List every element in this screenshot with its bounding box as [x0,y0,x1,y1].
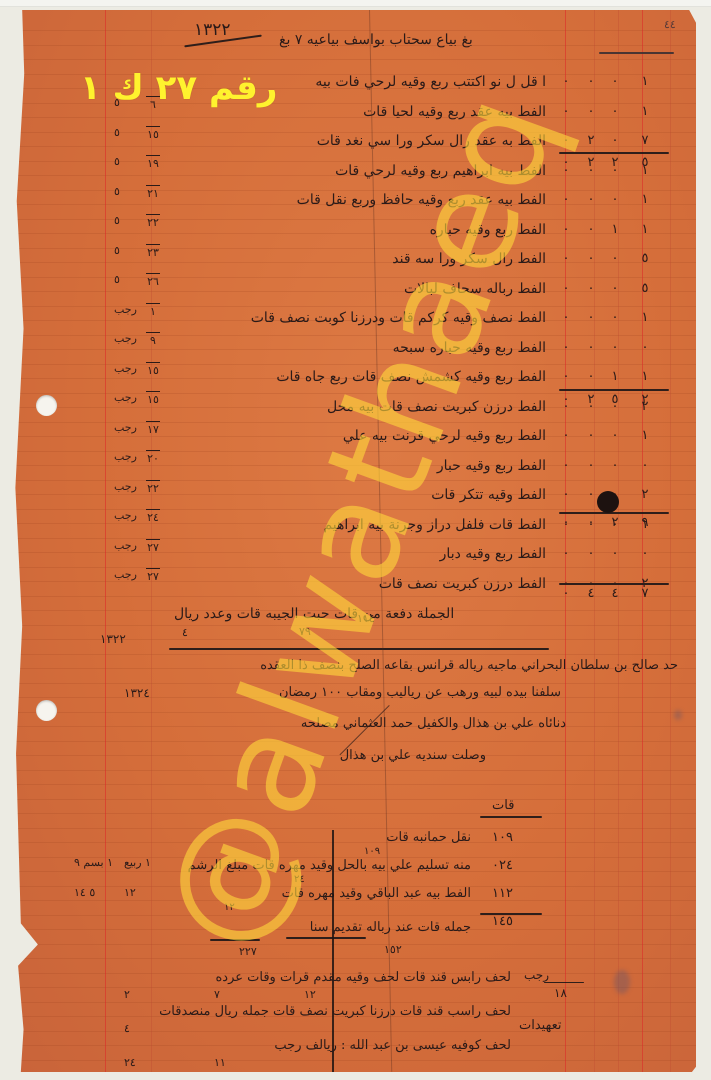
ledger-entry-amount: ٠ [580,222,602,237]
account-total-line-rule [286,937,366,939]
margin-date-day: ٢٧ [146,539,160,554]
account-row-note: ١٢ [224,902,235,913]
footer-line: لحف راسب قند قات درزنا كبريت نصف قات جمل… [159,1004,511,1019]
ledger-entry-amount: ٠ [604,428,626,443]
subtotal-rule [559,583,669,585]
margin-date-day: ٢٠ [146,450,160,465]
summary-value-3: ٤ [182,626,188,639]
ledger-entry-amount: ٠ [555,281,577,296]
footer-note-value: ٢ [124,988,130,1001]
margin-date-month: رجب [114,421,137,434]
margin-date-day: ٢٢ [146,480,160,495]
ledger-entry-amount: ٠ [580,251,602,266]
summary-rule [169,648,549,650]
ledger-page: ٤٤ بغ بياع سحتاب بواسف بياعيه ٧ بغ ١٣٢٢ … [14,10,696,1072]
ledger-entry-amount: ١ [634,74,656,89]
ledger-entry-text: الفط به عقد رال سكر ورا سي نغد قات [317,133,546,149]
margin-date-month: رجب [114,362,137,375]
ledger-entry-amount: ٠ [634,546,656,561]
account-row-note: ٢٤ [294,874,305,885]
footer-margin-month: رجب [524,968,549,982]
footer-margin-note: تعهيدات [519,1018,561,1033]
ledger-entry-text: الفط وقيه تتكر قات [431,487,546,503]
ledger-entry-amount: ٠ [604,104,626,119]
subtotal-value: ٠ [580,515,602,530]
ledger-entry-amount: ٠ [555,546,577,561]
margin-date-day: ٢٦ [146,273,160,288]
subtotal-value: ٥ [634,155,656,170]
ledger-entry-text: الفط ربع وقيه حبار [437,458,546,474]
ledger-entry-text: الفط ربع وقيه حباره [430,222,546,238]
summary-value-2: ١١٤ [357,612,375,625]
subtotal-rule [559,389,669,391]
margin-date-month: رجب [114,391,137,404]
margin-date-month: رجب [114,450,137,463]
subtotal-value: ٠ [555,586,577,601]
ledger-entry-amount: ١ [604,222,626,237]
header-title: بغ بياع سحتاب بواسف بياعيه ٧ بغ [279,32,473,48]
margin-date-day: ١٧ [146,421,160,436]
account-total: ١٤٥ [492,914,513,929]
margin-date-day: ١٩ [146,155,160,170]
footer-margin-rule [544,982,584,983]
ledger-entry-amount: ٠ [634,458,656,473]
subtotal-value: ٤ [604,586,626,601]
subtotal-value: ٢ [604,155,626,170]
subtotal-value: ٥ [604,392,626,407]
subtotal-value: ٧ [634,586,656,601]
memo-line-3: دنائاه علي بن هذال والكفيل حمد العثماني … [301,716,566,731]
ledger-entry-amount: ٧ [634,133,656,148]
memo-line-2: سلفنا بيده لبيه ورهب عن رياليب ومقاب ١٠٠… [279,685,561,700]
margin-date-month: ٥ [114,273,120,286]
margin-date-month: رجب [114,509,137,522]
memo-line-4: وصلت سنديه علي بن هذال [340,748,486,763]
subtotal-value: ٢ [634,392,656,407]
ledger-entry-text: الفط درزن كبريت نصف قات بيه محل [327,399,546,415]
ledger-entry-text: الفط رال سكر ورا سه قند [392,251,546,267]
ledger-entry-amount: ٠ [555,104,577,119]
account-column-header: قات [492,798,514,813]
ledger-entry-text: الفط بيه عقد ربع وقيه حافظ وربع نقل قات [297,192,546,208]
ledger-entry-amount: ٠ [580,192,602,207]
account-total-value-2: ٢٢٧ [239,945,257,958]
account-left-note: ١٢ [124,886,136,899]
ledger-entry-amount: ٠ [555,310,577,325]
ledger-entry-amount: ٠ [555,458,577,473]
ledger-entry-amount: ٠ [580,310,602,325]
ledger-entry-amount: ٥ [634,281,656,296]
account-row-value: ١١٢ [492,886,513,901]
margin-date-day: ١٥ [146,391,160,406]
photo-background-strip [0,0,711,7]
margin-rule-left [105,10,106,1072]
ledger-entry-amount: ١ [634,310,656,325]
margin-date-month: ٥ [114,126,120,139]
ledger-entry-text: الفط قات فلفل دراز وجرنة بيه ابراهيم [323,517,546,533]
ledger-entry-amount: ٠ [604,133,626,148]
ledger-entry-amount: ٠ [580,104,602,119]
footer-note-value: ٧ [214,988,220,1001]
ledger-entry-amount: ٠ [604,546,626,561]
account-row-text: منه تسليم علي بيه بالحل وقيد مهره قات مب… [188,858,471,873]
margin-date-day: ٢٤ [146,509,160,524]
subtotal-value: ٤ [580,586,602,601]
account-left-note: ١ بسم ٩ [74,856,113,869]
ledger-entry-amount: ٠ [555,251,577,266]
margin-date-day: ٢٢ [146,214,160,229]
account-total-value-1: ١٥٢ [384,943,402,956]
ledger-entry-amount: ١ [634,192,656,207]
memo-year-1: ١٣٢٢ [100,632,126,646]
ledger-entry-amount: ١ [634,369,656,384]
account-total-line-rule-2 [210,939,260,941]
ledger-entry-amount: ٠ [555,74,577,89]
margin-date-month: رجب [114,332,137,345]
subtotal-value: ٠ [555,515,577,530]
ledger-entry-amount: ٢ [580,133,602,148]
margin-date-day: ٢٧ [146,568,160,583]
ledger-entry-amount: ١ [634,428,656,443]
ledger-entry-amount: ٠ [580,74,602,89]
summary-value-1: ٧٩ [299,625,311,638]
account-left-note: ١ ربيع [124,856,151,869]
ledger-entry-text: الفط ربع وقيه لرحي قرنت بيه علي [343,428,546,444]
margin-date-month: رجب [114,539,137,552]
margin-date-month: ٥ [114,244,120,257]
page-number: ٤٤ [664,18,676,31]
account-row-note: ١٠٩ [364,846,380,857]
ledger-entry-amount: ٠ [604,340,626,355]
margin-date-month: ٥ [114,185,120,198]
ledger-entry-amount: ٠ [555,133,577,148]
ledger-entry-amount: ٠ [604,74,626,89]
margin-date-month: رجب [114,303,137,316]
ledger-entry-amount: ٠ [604,310,626,325]
ledger-entry-amount: ٢ [634,487,656,502]
ledger-entry-text: الفط درزن كبريت نصف قات [379,576,546,592]
ink-blot [597,491,619,513]
subtotal-value: ٠ [555,155,577,170]
reference-label: رقم ٢٧ ك ١ [80,68,277,108]
ledger-entry-text: الفط بيه ابراهيم ربع وقيه لرحي قات [335,163,546,179]
stain [674,710,682,720]
footer-line: لحف كوفيه عيسى بن عبد الله : ريالف رجب [274,1038,511,1053]
header-underline [599,52,674,54]
ledger-entry-amount: ٠ [604,281,626,296]
stain [614,970,630,994]
summary-line: الجملة دفعة من قات حبت الجيبه قات وعدد ر… [174,606,454,622]
ledger-entry-amount: ١ [634,104,656,119]
margin-date-day: ١٥ [146,362,160,377]
header-year: ١٣٢٢ [194,20,231,40]
margin-date-day: ٢١ [146,185,160,200]
ledger-entry-amount: ٠ [580,340,602,355]
ledger-entry-amount: ٠ [555,222,577,237]
ledger-entry-text: ا قل ل نو اكتتب ربع وقيه لرحي فات بيه [315,74,546,90]
ledger-entry-amount: ٥ [634,251,656,266]
subtotal-value: ٢ [580,392,602,407]
ledger-entry-amount: ٠ [580,281,602,296]
subtotal-rule [559,512,669,514]
subtotal-value: ٢ [604,515,626,530]
margin-date-day: ٢٣ [146,244,160,259]
ledger-entry-amount: ٠ [580,458,602,473]
ledger-entry-amount: ٠ [604,458,626,473]
ledger-entry-amount: ٠ [580,428,602,443]
punch-hole-top [36,395,57,416]
amount-column-rule-5 [670,10,671,1072]
punch-hole-bottom [36,700,57,721]
subtotal-value: ٢ [580,155,602,170]
footer-note-value: ٤ [124,1022,130,1035]
ledger-entry-amount: ٠ [555,340,577,355]
subtotal-rule [559,152,669,154]
footer-line: لحف رابس قند قات لحف وقيه مقدم قرات وقات… [215,970,511,985]
account-row-text: نقل حمانبه قات [386,830,471,845]
account-header-underline [480,816,542,818]
ledger-entry-amount: ١ [604,369,626,384]
ledger-entry-amount: ١ [634,222,656,237]
account-total-line: جمله قات عند رباله تقديم سنا [310,920,471,935]
ledger-entry-text: الفط ربع وقيه حباره سبحه [393,340,546,356]
margin-date-day: ١ [146,303,160,318]
ledger-entry-amount: ٠ [555,487,577,502]
margin-date-month: ٥ [114,214,120,227]
ledger-entry-amount: ٠ [555,369,577,384]
footer-margin-value: ١٨ [554,986,567,1000]
ledger-entry-amount: ٠ [634,340,656,355]
margin-date-month: ٥ [114,155,120,168]
ledger-entry-amount: ٠ [604,192,626,207]
ledger-entry-text: الفط نصف وقيه كركم قات ودرزنا كوبت نصف ق… [251,310,546,326]
ledger-entry-amount: ٠ [555,428,577,443]
ledger-entry-text: الفط ربع وقيه دبار [440,546,546,562]
margin-date-day: ٩ [146,332,160,347]
subtotal-value: ٩ [634,515,656,530]
ledger-entry-amount: ٠ [580,369,602,384]
footer-note-value: ١٢ [304,988,316,1001]
account-row-text: الفط بيه عبد الباقي وقيد مهره قات [282,886,471,901]
ledger-entry-text: الفط ربع وقيه كشمش نصف قات ربع جاه قات [276,369,546,385]
margin-date-month: رجب [114,568,137,581]
subtotal-value: ٠ [555,392,577,407]
memo-year-2: ١٣٢٤ [124,686,150,700]
ledger-entry-amount: ٠ [580,546,602,561]
footer-note-value: ٢٤ [124,1056,136,1069]
ledger-entry-amount: ٠ [555,192,577,207]
ledger-entry-amount: ٠ [604,251,626,266]
margin-date-month: رجب [114,480,137,493]
margin-date-day: ١٥ [146,126,160,141]
footer-note-value: ١١ [214,1056,226,1069]
account-row-value: ٠٢٤ [492,858,513,873]
ledger-entry-text: الفط رباله سحاف لبالات [404,281,546,297]
account-row-value: ١٠٩ [492,830,513,845]
account-left-note: ٥ ١٤ [74,886,95,899]
memo-line-1: حد صالح بن سلطان البحراني ماجيه رياله قر… [260,658,678,673]
ledger-entry-text: الفط بيه عقد ربع وقيه لحيا قات [363,104,546,120]
